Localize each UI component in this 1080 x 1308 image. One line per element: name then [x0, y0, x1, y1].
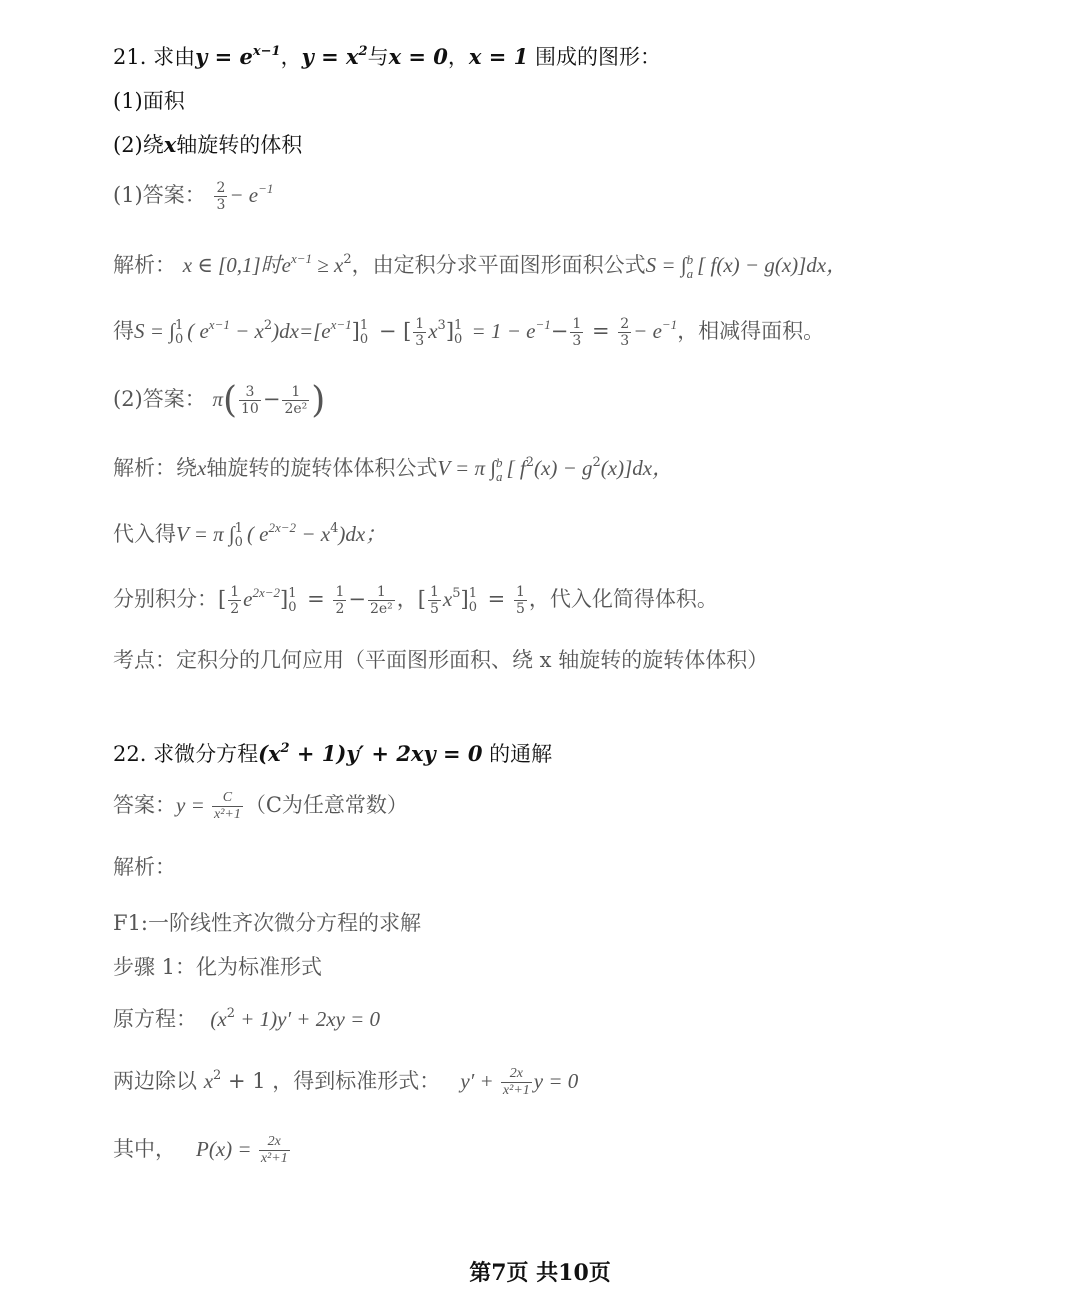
q22-original-eq: 原方程： (x2 + 1)y′ + 2xy = 0 [113, 1004, 380, 1034]
integral-sign: S = ∫ [646, 253, 687, 277]
q21-answer2: (2)答案： π(310−12e²) [113, 384, 325, 417]
eq-x0: x = 0 [389, 44, 448, 69]
q21-analysis2-line2: 代入得V = π ∫10( e2x−2 − x4)dx； [113, 519, 386, 550]
title-suffix: 围成的图形： [528, 45, 661, 69]
q22-analysis-label: 解析： [113, 852, 176, 882]
q21-analysis1-line2: 得S = ∫10( ex−1 − x2)dx=[ex−1]10 − [13x3]… [113, 316, 824, 349]
q21-analysis2-line3: 分别积分：[12e2x−2]10 = 12−12e²，[15x5]10 = 15… [113, 584, 718, 617]
answer-label: (1)答案： [113, 183, 206, 207]
q22-answer: 答案：y = Cx²+1（C为任意常数） [113, 790, 408, 823]
sep: ， [281, 45, 302, 69]
q21-answer1: (1)答案： 23− e−1 [113, 180, 273, 213]
q22-f1: F1:一阶线性齐次微分方程的求解 [113, 908, 421, 938]
integral-limits: ba [687, 253, 694, 281]
sep: ， [448, 45, 469, 69]
q21-number: 21. 求由 [113, 45, 195, 69]
q22-divide: 两边除以 x2 + 1 ，得到标准形式： y′ + 2xx²+1y = 0 [113, 1066, 578, 1099]
q21-analysis2-line1: 解析：绕x轴旋转的旋转体体积公式V = π ∫ba[ f2(x) − g2(x)… [113, 453, 673, 484]
q22-where: 其中， P(x) = 2xx²+1 [113, 1134, 292, 1167]
analysis-label: 解析： [113, 253, 176, 277]
q21-part2: (2)绕x轴旋转的体积 [113, 130, 302, 160]
answer-label: (2)答案： [113, 387, 206, 411]
q21-analysis1-line1: 解析： x ∈ [0,1]时ex−1 ≥ x2，由定积分求平面图形面积公式S =… [113, 250, 847, 281]
eq-exp: y = ex−1 [195, 44, 280, 69]
q21-title: 21. 求由y = ex−1，y = x2与x = 0，x = 1 围成的图形： [113, 42, 661, 72]
q21-part1: (1)面积 [113, 86, 185, 116]
document-page: 21. 求由y = ex−1，y = x2与x = 0，x = 1 围成的图形：… [0, 0, 1080, 1308]
eq-x1: x = 1 [469, 44, 528, 69]
q22-title: 22. 求微分方程(x2 + 1)y′ + 2xy = 0 的通解 [113, 739, 552, 769]
eq-parabola: y = x2 [302, 44, 368, 69]
page-footer: 第7页 共10页 [0, 1256, 1080, 1287]
q21-keypoint: 考点：定积分的几何应用（平面图形面积、绕 x 轴旋转的旋转体体积） [113, 645, 768, 675]
q22-step1: 步骤 1：化为标准形式 [113, 952, 322, 982]
and-text: 与 [368, 45, 389, 69]
fraction: 23 [214, 180, 227, 213]
